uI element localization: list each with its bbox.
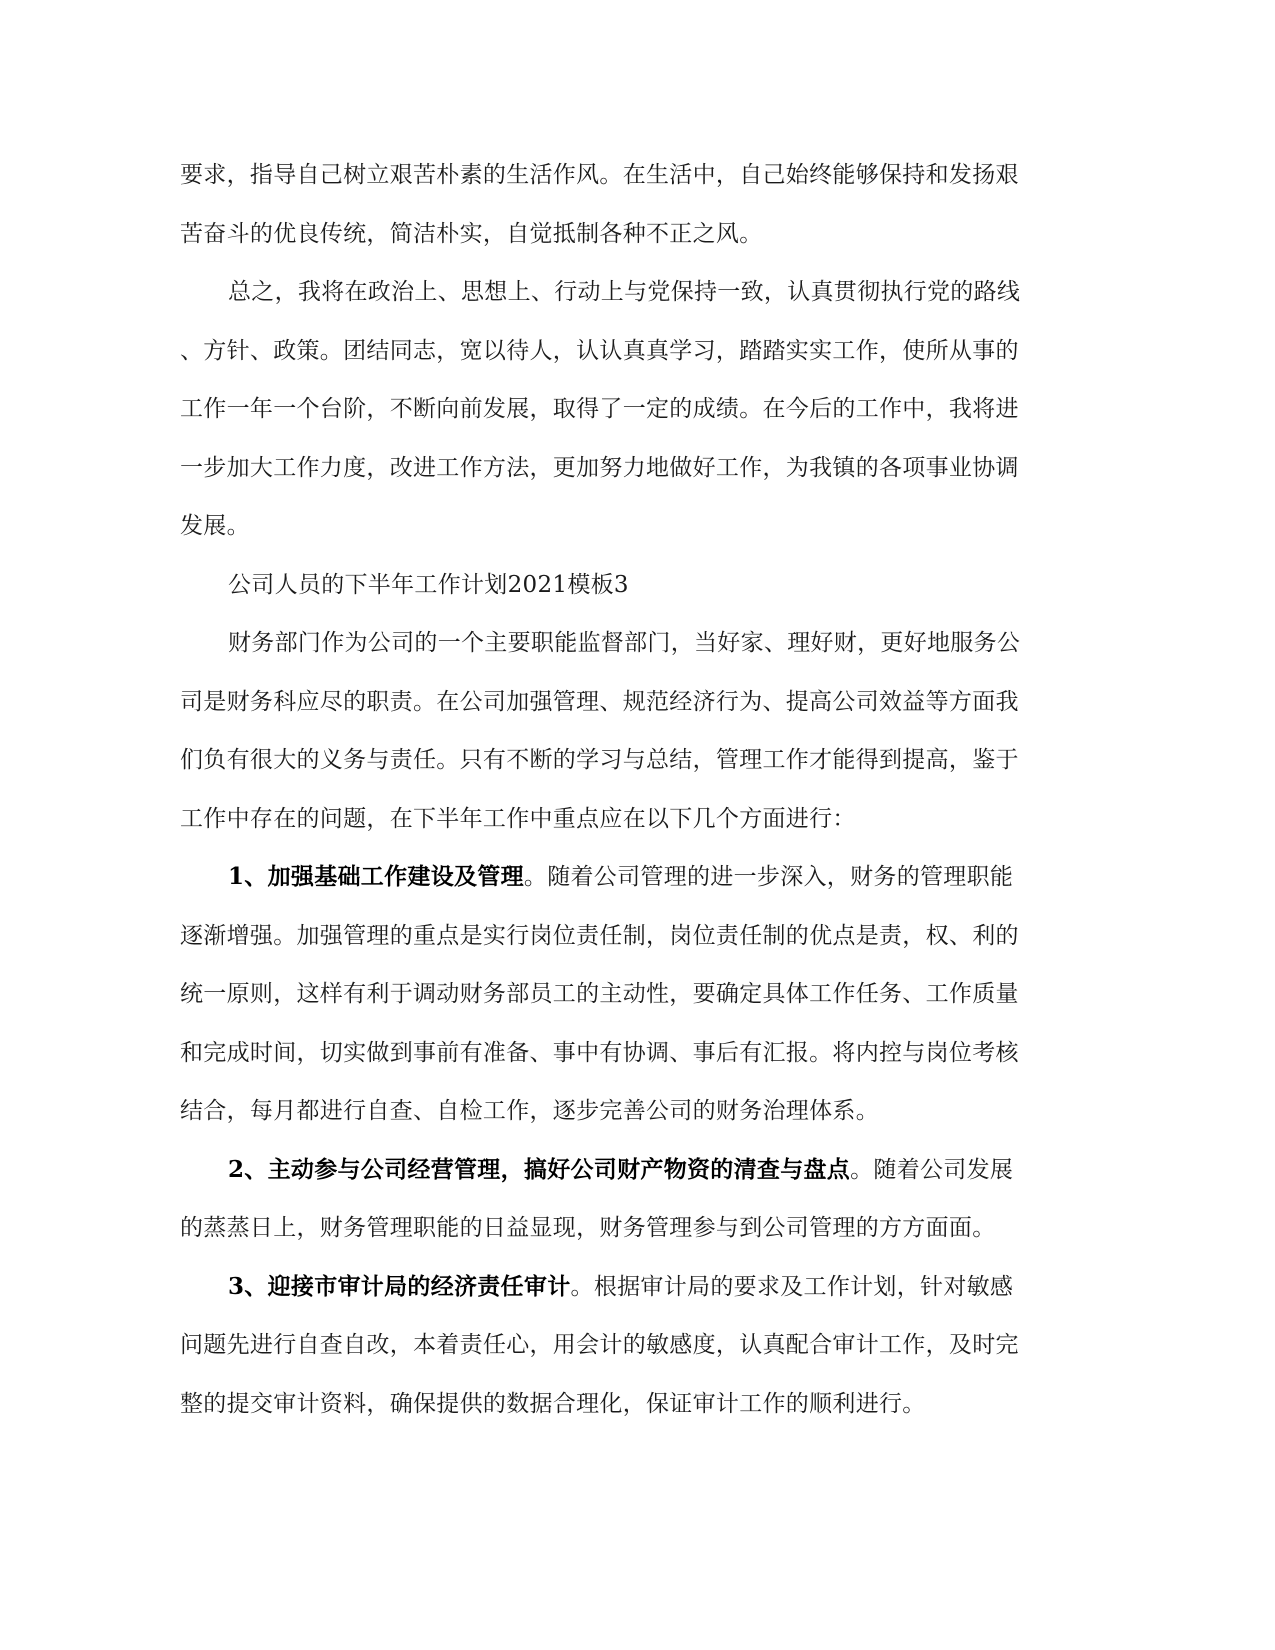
text-line: 的蒸蒸日上，财务管理职能的日益显现，财务管理参与到公司管理的方方面面。 [180,1199,1050,1258]
section-heading: 公司人员的下半年工作计划2021模板3 [180,556,1050,615]
text-line: 财务部门作为公司的一个主要职能监督部门，当好家、理好财，更好地服务公 [180,614,1050,673]
text-line: 发展。 [180,497,1050,556]
list-item-3-first-line: 3、迎接市审计局的经济责任审计。根据审计局的要求及工作计划，针对敏感 [180,1258,1050,1317]
text-line: 和完成时间，切实做到事前有准备、事中有协调、事后有汇报。将内控与岗位考核 [180,1024,1050,1083]
text-line: 结合，每月都进行自查、自检工作，逐步完善公司的财务治理体系。 [180,1082,1050,1141]
text-line: 一步加大工作力度，改进工作方法，更加努力地做好工作，为我镇的各项事业协调 [180,439,1050,498]
list-item-text: 。随着公司管理的进一步深入，财务的管理职能 [524,864,1013,890]
list-item-title: 2、主动参与公司经营管理，搞好公司财产物资的清查与盘点 [228,1156,850,1183]
text-line: 司是财务科应尽的职责。在公司加强管理、规范经济行为、提高公司效益等方面我 [180,673,1050,732]
text-line: 、方针、政策。团结同志，宽以待人，认认真真学习，踏踏实实工作，使所从事的 [180,322,1050,381]
list-item-text: 。随着公司发展 [850,1157,1013,1183]
list-item-text: 。根据审计局的要求及工作计划，针对敏感 [571,1274,1014,1300]
text-line: 工作一年一个台阶，不断向前发展，取得了一定的成绩。在今后的工作中，我将进 [180,380,1050,439]
list-item-title: 1、加强基础工作建设及管理 [228,863,524,890]
text-line: 工作中存在的问题，在下半年工作中重点应在以下几个方面进行： [180,790,1050,849]
text-line: 整的提交审计资料，确保提供的数据合理化，保证审计工作的顺利进行。 [180,1375,1050,1434]
text-line: 苦奋斗的优良传统，简洁朴实，自觉抵制各种不正之风。 [180,205,1050,264]
list-item-title: 3、迎接市审计局的经济责任审计 [228,1273,571,1300]
text-line: 统一原则，这样有利于调动财务部员工的主动性，要确定具体工作任务、工作质量 [180,965,1050,1024]
list-item-1-first-line: 1、加强基础工作建设及管理。随着公司管理的进一步深入，财务的管理职能 [180,848,1050,907]
text-line: 总之，我将在政治上、思想上、行动上与党保持一致，认真贯彻执行党的路线 [180,263,1050,322]
text-line: 逐渐增强。加强管理的重点是实行岗位责任制，岗位责任制的优点是责，权、利的 [180,907,1050,966]
text-line: 要求，指导自己树立艰苦朴素的生活作风。在生活中，自己始终能够保持和发扬艰 [180,146,1050,205]
list-item-2-first-line: 2、主动参与公司经营管理，搞好公司财产物资的清查与盘点。随着公司发展 [180,1141,1050,1200]
text-line: 问题先进行自查自改，本着责任心，用会计的敏感度，认真配合审计工作，及时完 [180,1316,1050,1375]
document-page: 要求，指导自己树立艰苦朴素的生活作风。在生活中，自己始终能够保持和发扬艰 苦奋斗… [180,146,1050,1433]
text-line: 们负有很大的义务与责任。只有不断的学习与总结，管理工作才能得到提高，鉴于 [180,731,1050,790]
